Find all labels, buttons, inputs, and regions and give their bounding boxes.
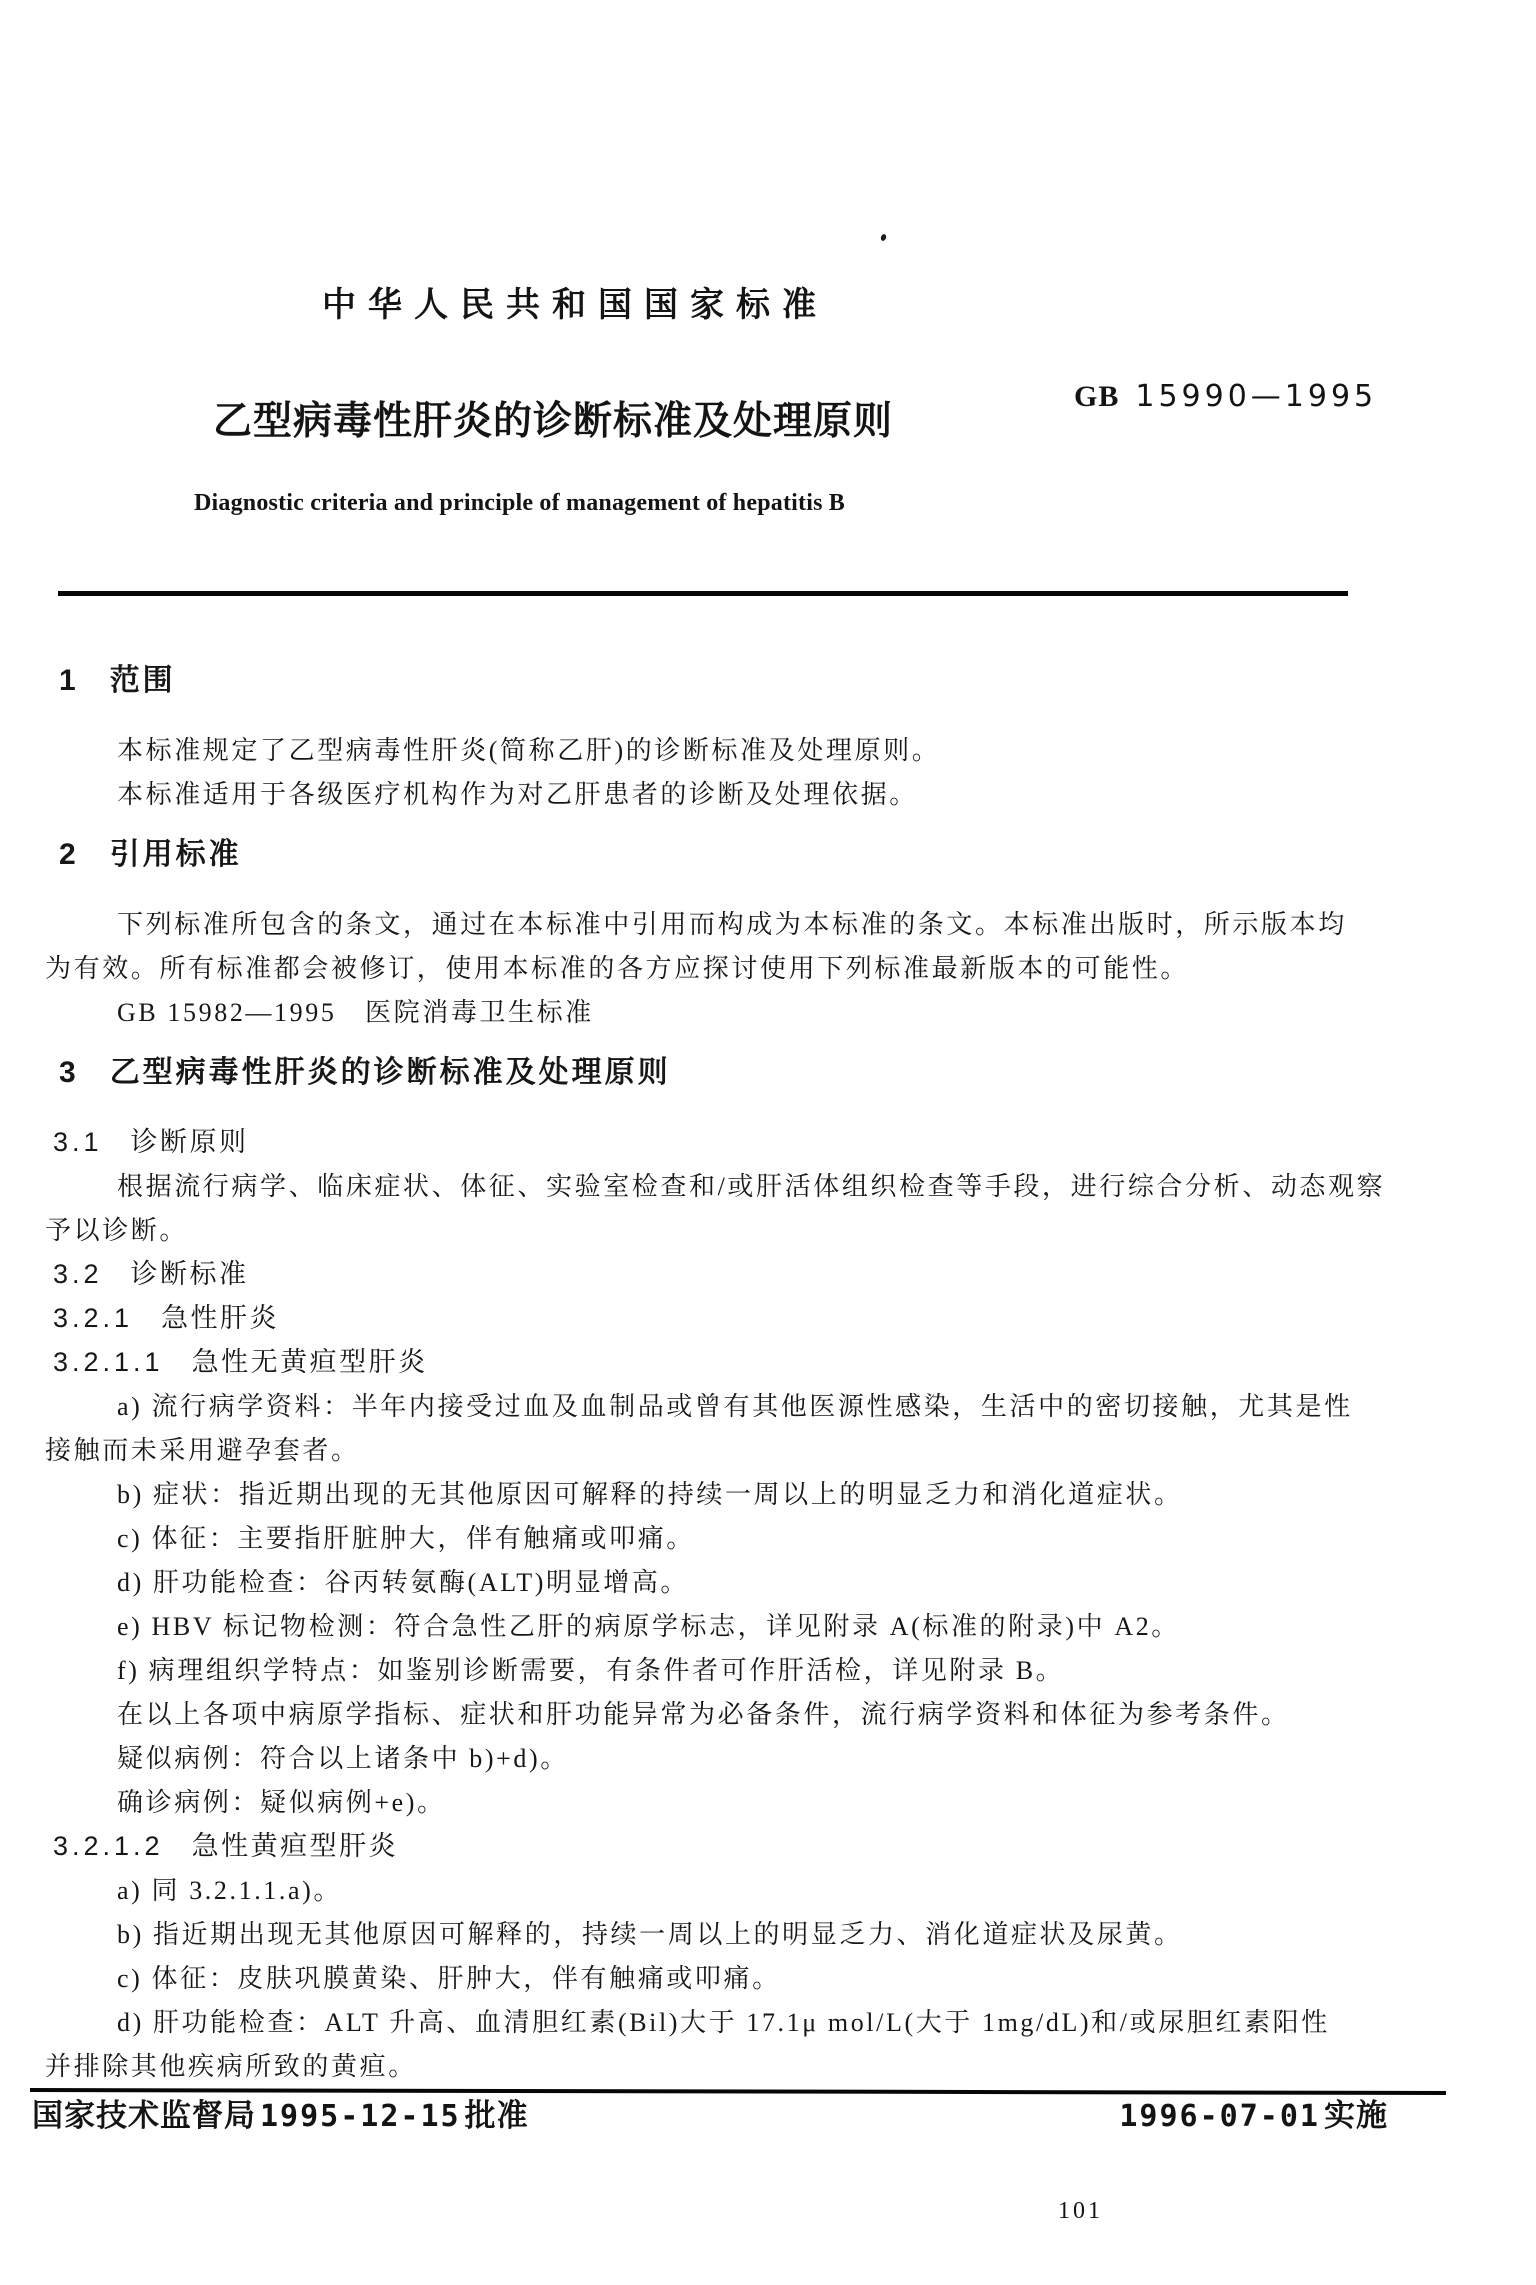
- line-text: d) 肝功能检查：谷丙转氨酶(ALT)明显增高。: [117, 1568, 689, 1597]
- body-line: a) 同 3.2.1.1.a)。: [45, 1874, 1449, 1918]
- document-page: 中华人民共和国国家标准 GB15990—1995 乙型病毒性肝炎的诊断标准及处理…: [0, 0, 1536, 2285]
- body-line: 疑似病例：符合以上诸条中 b)+d)。: [45, 1742, 1449, 1786]
- clause-number: 3.2.1: [53, 1302, 133, 1346]
- clause-number: 3: [59, 1056, 80, 1100]
- clause-number: 3.2: [53, 1258, 103, 1302]
- line-text: 下列标准所包含的条文，通过在本标准中引用而构成为本标准的条文。本标准出版时，所示…: [117, 910, 1347, 939]
- document-body: 1范围本标准规定了乙型病毒性肝炎(简称乙肝)的诊断标准及处理原则。本标准适用于各…: [45, 648, 1449, 2094]
- body-line: c) 体征：主要指肝脏肿大，伴有触痛或叩痛。: [45, 1522, 1449, 1566]
- clause-heading: 3.2诊断标准: [45, 1258, 1449, 1302]
- implementation-label: 实施: [1324, 2098, 1388, 2133]
- clause-heading: 3.2.1.2急性黄疸型肝炎: [45, 1830, 1449, 1874]
- footer: 国家技术监督局1995-12-15批准 1996-07-01实施: [32, 2098, 1388, 2135]
- clause-title: 诊断标准: [131, 1258, 249, 1302]
- standard-code: GB15990—1995: [1074, 382, 1377, 412]
- standard-code-number: 15990—1995: [1135, 379, 1377, 414]
- body-line: c) 体征：皮肤巩膜黄染、肝肿大，伴有触痛或叩痛。: [45, 1962, 1449, 2006]
- clause-title: 急性无黄疸型肝炎: [192, 1346, 428, 1390]
- line-text: b) 指近期出现无其他原因可解释的，持续一周以上的明显乏力、消化道症状及尿黄。: [117, 1920, 1183, 1949]
- clause-number: 2: [59, 838, 80, 882]
- body-line: 予以诊断。: [45, 1214, 1449, 1258]
- body-line: 并排除其他疾病所致的黄疸。: [45, 2050, 1449, 2094]
- line-text: 在以上各项中病原学指标、症状和肝功能异常为必备条件，流行病学资料和体征为参考条件…: [117, 1700, 1290, 1729]
- clause-heading: 3.2.1急性肝炎: [45, 1302, 1449, 1346]
- clause-title: 急性肝炎: [161, 1302, 279, 1346]
- body-line: b) 症状：指近期出现的无其他原因可解释的持续一周以上的明显乏力和消化道症状。: [45, 1478, 1449, 1522]
- clause-title: 乙型病毒性肝炎的诊断标准及处理原则: [110, 1056, 671, 1100]
- body-line: f) 病理组织学特点：如鉴别诊断需要，有条件者可作肝活检，详见附录 B。: [45, 1654, 1449, 1698]
- body-line: 接触而未采用避孕套者。: [45, 1434, 1449, 1478]
- body-line: 在以上各项中病原学指标、症状和肝功能异常为必备条件，流行病学资料和体征为参考条件…: [45, 1698, 1449, 1742]
- body-line: b) 指近期出现无其他原因可解释的，持续一周以上的明显乏力、消化道症状及尿黄。: [45, 1918, 1449, 1962]
- line-text: 并排除其他疾病所致的黄疸。: [45, 2052, 417, 2081]
- line-text: 本标准规定了乙型病毒性肝炎(简称乙肝)的诊断标准及处理原则。: [117, 736, 940, 765]
- title-divider-rule: [58, 591, 1348, 596]
- standard-code-prefix: GB: [1074, 380, 1119, 413]
- body-line: a) 流行病学资料：半年内接受过血及血制品或曾有其他医源性感染，生活中的密切接触…: [45, 1390, 1449, 1434]
- clause-number: 3.2.1.2: [53, 1830, 164, 1874]
- implementation-statement: 1996-07-01实施: [1115, 2098, 1388, 2135]
- approval-statement: 国家技术监督局1995-12-15批准: [32, 2098, 529, 2135]
- line-text: GB 15982—1995 医院消毒卫生标准: [117, 998, 594, 1027]
- body-line: d) 肝功能检查：ALT 升高、血清胆红素(Bil)大于 17.1μ mol/L…: [45, 2006, 1449, 2050]
- clause-number: 1: [59, 664, 80, 708]
- approval-date: 1995-12-15: [260, 2099, 461, 2134]
- line-text: 确诊病例：疑似病例+e)。: [117, 1788, 446, 1817]
- body-line: d) 肝功能检查：谷丙转氨酶(ALT)明显增高。: [45, 1566, 1449, 1610]
- clause-heading: 2引用标准: [45, 838, 1449, 882]
- clause-title: 范围: [110, 664, 176, 708]
- clause-heading: 3.2.1.1急性无黄疸型肝炎: [45, 1346, 1449, 1390]
- line-text: d) 肝功能检查：ALT 升高、血清胆红素(Bil)大于 17.1μ mol/L…: [117, 2008, 1330, 2037]
- clause-heading: 3.1诊断原则: [45, 1126, 1449, 1170]
- scan-artifact-dot: [880, 233, 887, 241]
- line-text: 为有效。所有标准都会被修订，使用本标准的各方应探讨使用下列标准最新版本的可能性。: [45, 954, 1189, 983]
- clause-title: 急性黄疸型肝炎: [192, 1830, 399, 1874]
- clause-title: 诊断原则: [131, 1126, 249, 1170]
- body-line: GB 15982—1995 医院消毒卫生标准: [45, 996, 1449, 1040]
- body-line: 根据流行病学、临床症状、体征、实验室检查和/或肝活体组织检查等手段，进行综合分析…: [45, 1170, 1449, 1214]
- line-text: 疑似病例：符合以上诸条中 b)+d)。: [117, 1744, 569, 1773]
- page-number: 101: [1058, 2198, 1103, 2225]
- line-text: b) 症状：指近期出现的无其他原因可解释的持续一周以上的明显乏力和消化道症状。: [117, 1480, 1183, 1509]
- line-text: a) 流行病学资料：半年内接受过血及血制品或曾有其他医源性感染，生活中的密切接触…: [117, 1392, 1353, 1421]
- clause-heading: 3乙型病毒性肝炎的诊断标准及处理原则: [45, 1056, 1449, 1100]
- clause-heading: 1范围: [45, 664, 1449, 708]
- line-text: c) 体征：皮肤巩膜黄染、肝肿大，伴有触痛或叩痛。: [117, 1964, 781, 1993]
- clause-number: 3.1: [53, 1126, 103, 1170]
- line-text: 本标准适用于各级医疗机构作为对乙肝患者的诊断及处理依据。: [117, 780, 918, 809]
- line-text: e) HBV 标记物检测：符合急性乙肝的病原学标志，详见附录 A(标准的附录)中…: [117, 1612, 1180, 1641]
- document-title-english: Diagnostic criteria and principle of man…: [194, 490, 845, 516]
- line-text: a) 同 3.2.1.1.a)。: [117, 1876, 342, 1905]
- approval-label: 批准: [465, 2098, 529, 2133]
- standard-label: 中华人民共和国国家标准: [322, 288, 828, 322]
- line-text: 予以诊断。: [45, 1216, 188, 1245]
- document-title: 乙型病毒性肝炎的诊断标准及处理原则: [213, 402, 893, 441]
- body-line: e) HBV 标记物检测：符合急性乙肝的病原学标志，详见附录 A(标准的附录)中…: [45, 1610, 1449, 1654]
- body-line: 本标准规定了乙型病毒性肝炎(简称乙肝)的诊断标准及处理原则。: [45, 734, 1449, 778]
- line-text: c) 体征：主要指肝脏肿大，伴有触痛或叩痛。: [117, 1524, 695, 1553]
- implementation-date: 1996-07-01: [1119, 2099, 1320, 2134]
- line-text: 根据流行病学、临床症状、体征、实验室检查和/或肝活体组织检查等手段，进行综合分析…: [117, 1172, 1385, 1201]
- body-line: 本标准适用于各级医疗机构作为对乙肝患者的诊断及处理依据。: [45, 778, 1449, 822]
- line-text: 接触而未采用避孕套者。: [45, 1436, 360, 1465]
- body-line: 为有效。所有标准都会被修订，使用本标准的各方应探讨使用下列标准最新版本的可能性。: [45, 952, 1449, 996]
- clause-number: 3.2.1.1: [53, 1346, 164, 1390]
- body-line: 确诊病例：疑似病例+e)。: [45, 1786, 1449, 1830]
- body-line: 下列标准所包含的条文，通过在本标准中引用而构成为本标准的条文。本标准出版时，所示…: [45, 908, 1449, 952]
- approval-issuer: 国家技术监督局: [32, 2098, 256, 2133]
- line-text: f) 病理组织学特点：如鉴别诊断需要，有条件者可作肝活检，详见附录 B。: [117, 1656, 1064, 1685]
- clause-title: 引用标准: [110, 838, 242, 882]
